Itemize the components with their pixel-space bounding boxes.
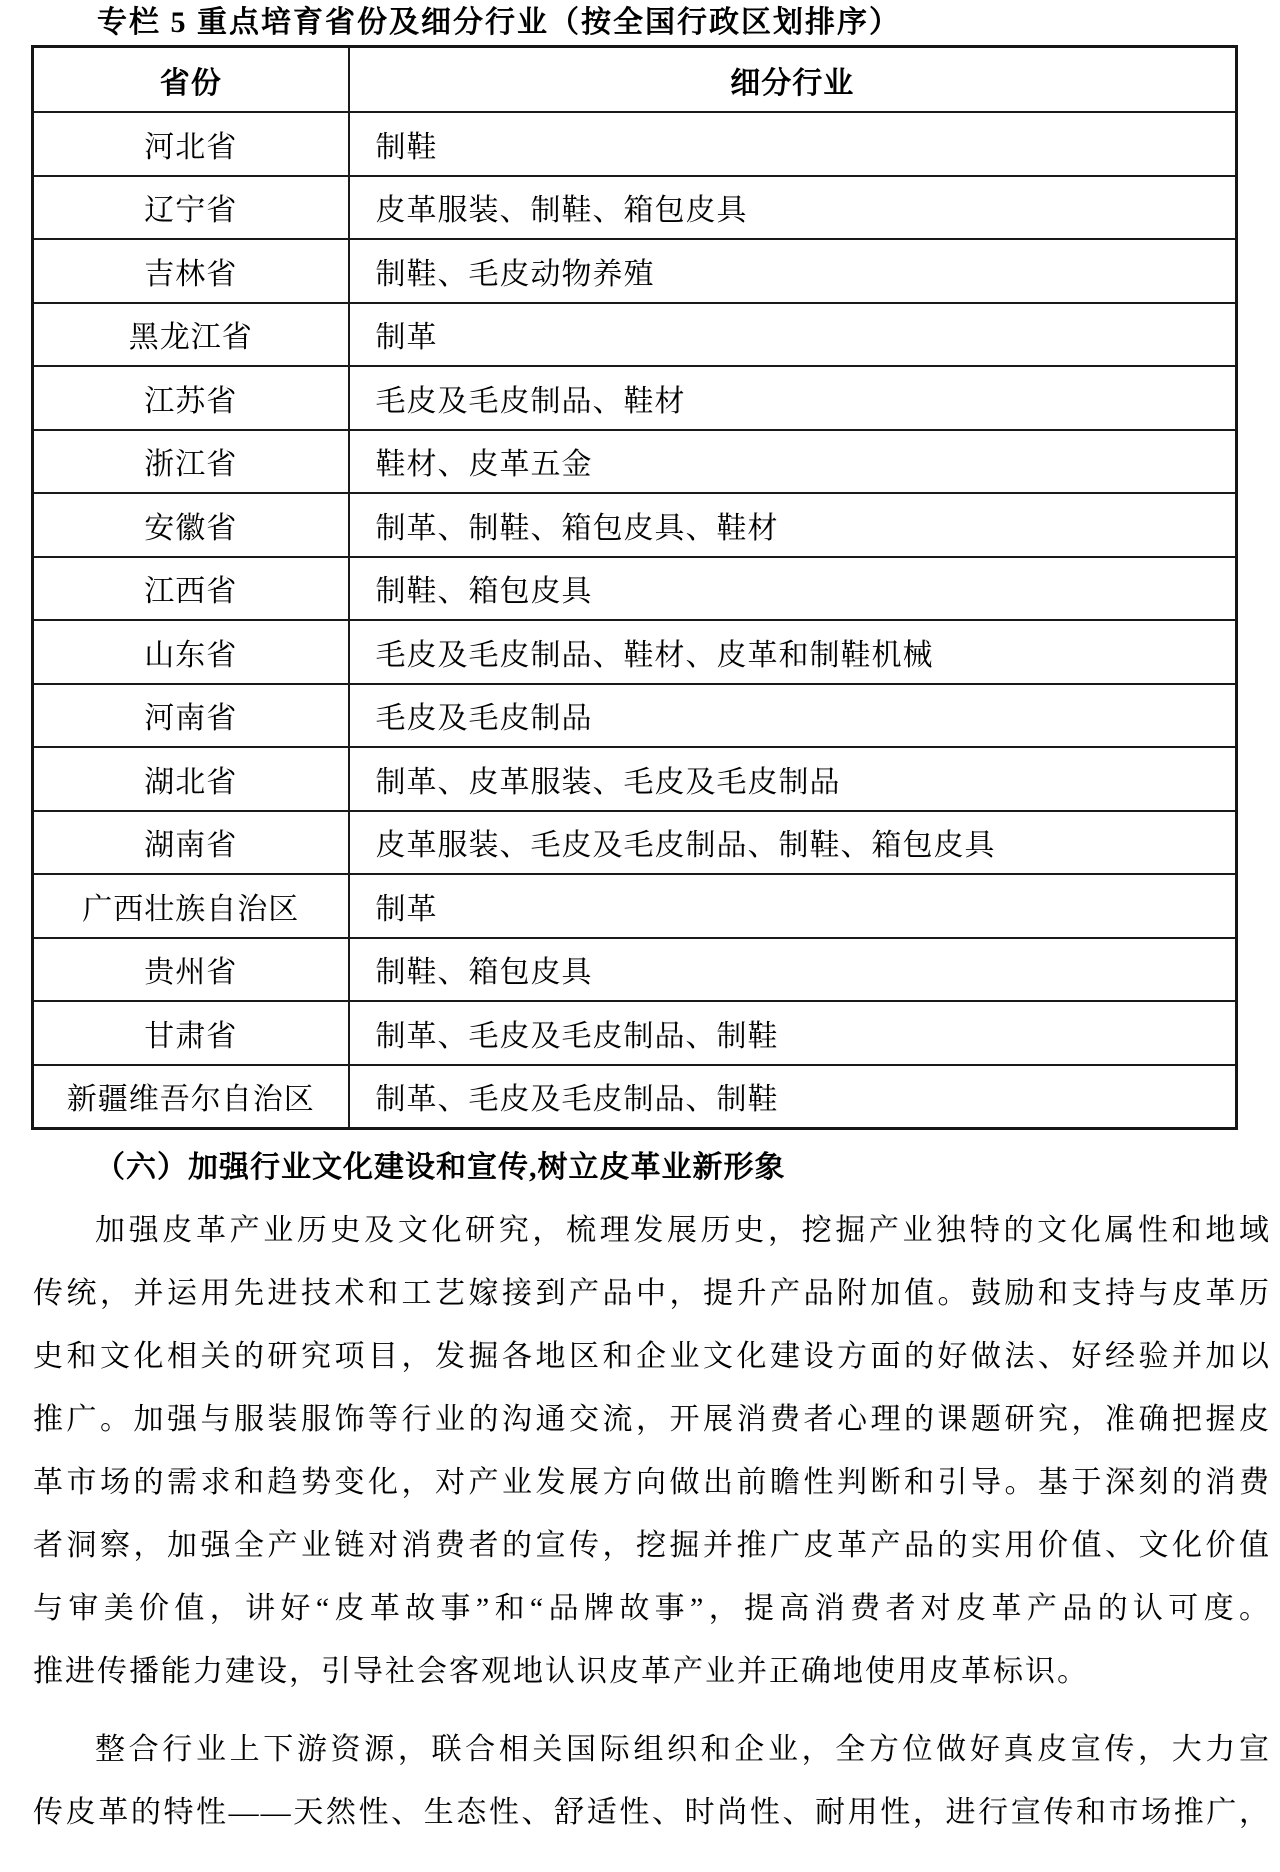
province-cell: 贵州省 — [33, 938, 349, 1002]
industries-cell: 毛皮及毛皮制品、鞋材 — [349, 366, 1237, 430]
industries-cell: 制革、制鞋、箱包皮具、鞋材 — [349, 493, 1237, 557]
industries-cell: 制革、皮革服装、毛皮及毛皮制品 — [349, 747, 1237, 811]
text-line: 与审美价值，讲好“皮革故事”和“品牌故事”，提高消费者对皮革产品的认可度。 — [33, 1577, 1271, 1640]
table-row: 新疆维吾尔自治区制革、毛皮及毛皮制品、制鞋 — [33, 1065, 1237, 1129]
industries-cell: 皮革服装、制鞋、箱包皮具 — [349, 176, 1237, 240]
table-row: 甘肃省制革、毛皮及毛皮制品、制鞋 — [33, 1001, 1237, 1065]
table-row: 吉林省制鞋、毛皮动物养殖 — [33, 239, 1237, 303]
province-cell: 安徽省 — [33, 493, 349, 557]
text-line: 推进传播能力建设，引导社会客观地认识皮革产业并正确地使用皮革标识。 — [33, 1640, 1271, 1703]
province-cell: 山东省 — [33, 620, 349, 684]
industries-cell: 制革、毛皮及毛皮制品、制鞋 — [349, 1065, 1237, 1129]
province-cell: 甘肃省 — [33, 1001, 349, 1065]
table-row: 湖北省制革、皮革服装、毛皮及毛皮制品 — [33, 747, 1237, 811]
industries-cell: 毛皮及毛皮制品、鞋材、皮革和制鞋机械 — [349, 620, 1237, 684]
province-cell: 江苏省 — [33, 366, 349, 430]
table-row: 河南省毛皮及毛皮制品 — [33, 684, 1237, 748]
table-row: 浙江省鞋材、皮革五金 — [33, 430, 1237, 494]
table-row: 江苏省毛皮及毛皮制品、鞋材 — [33, 366, 1237, 430]
province-cell: 广西壮族自治区 — [33, 874, 349, 938]
text-line: 传皮革的特性——天然性、生态性、舒适性、时尚性、耐用性，进行宣传和市场推广， — [33, 1781, 1271, 1844]
table-header-row: 省份 细分行业 — [33, 47, 1237, 113]
industries-cell: 鞋材、皮革五金 — [349, 430, 1237, 494]
industries-cell: 制革、毛皮及毛皮制品、制鞋 — [349, 1001, 1237, 1065]
box-title: 专栏 5 重点培育省份及细分行业（按全国行政区划排序） — [33, 2, 1238, 43]
table-row: 黑龙江省制革 — [33, 303, 1237, 367]
section-heading: （六）加强行业文化建设和宣传,树立皮革业新形象 — [33, 1136, 1271, 1199]
table-row: 安徽省制革、制鞋、箱包皮具、鞋材 — [33, 493, 1237, 557]
industries-cell: 制鞋、毛皮动物养殖 — [349, 239, 1237, 303]
text-line: 加强皮革产业历史及文化研究，梳理发展历史，挖掘产业独特的文化属性和地域 — [33, 1199, 1271, 1262]
text-line: 推广。加强与服装服饰等行业的沟通交流，开展消费者心理的课题研究，准确把握皮 — [33, 1388, 1271, 1451]
industries-cell: 毛皮及毛皮制品 — [349, 684, 1237, 748]
text-line: 传统，并运用先进技术和工艺嫁接到产品中，提升产品附加值。鼓励和支持与皮革历 — [33, 1262, 1271, 1325]
table-row: 山东省毛皮及毛皮制品、鞋材、皮革和制鞋机械 — [33, 620, 1237, 684]
province-cell: 江西省 — [33, 557, 349, 621]
paragraph-2: 整合行业上下游资源，联合相关国际组织和企业，全方位做好真皮宣传，大力宣传皮革的特… — [33, 1718, 1271, 1844]
province-industry-table: 省份 细分行业 河北省制鞋辽宁省皮革服装、制鞋、箱包皮具吉林省制鞋、毛皮动物养殖… — [31, 45, 1238, 1130]
table-row: 江西省制鞋、箱包皮具 — [33, 557, 1237, 621]
table-row: 河北省制鞋 — [33, 112, 1237, 176]
industries-cell: 制革 — [349, 874, 1237, 938]
province-cell: 黑龙江省 — [33, 303, 349, 367]
text-line: 革市场的需求和趋势变化，对产业发展方向做出前瞻性判断和引导。基于深刻的消费 — [33, 1451, 1271, 1514]
text-line: 史和文化相关的研究项目，发掘各地区和企业文化建设方面的好做法、好经验并加以 — [33, 1325, 1271, 1388]
column-header-province: 省份 — [33, 47, 349, 113]
province-cell: 河南省 — [33, 684, 349, 748]
province-cell: 湖南省 — [33, 811, 349, 875]
table-row: 贵州省制鞋、箱包皮具 — [33, 938, 1237, 1002]
table-row: 湖南省皮革服装、毛皮及毛皮制品、制鞋、箱包皮具 — [33, 811, 1237, 875]
column-header-industries: 细分行业 — [349, 47, 1237, 113]
industries-cell: 制鞋、箱包皮具 — [349, 938, 1237, 1002]
industries-cell: 制鞋 — [349, 112, 1237, 176]
province-cell: 新疆维吾尔自治区 — [33, 1065, 349, 1129]
province-cell: 湖北省 — [33, 747, 349, 811]
text-line: 整合行业上下游资源，联合相关国际组织和企业，全方位做好真皮宣传，大力宣 — [33, 1718, 1271, 1781]
province-cell: 河北省 — [33, 112, 349, 176]
table-row: 辽宁省皮革服装、制鞋、箱包皮具 — [33, 176, 1237, 240]
industries-cell: 制革 — [349, 303, 1237, 367]
industries-cell: 皮革服装、毛皮及毛皮制品、制鞋、箱包皮具 — [349, 811, 1237, 875]
province-cell: 辽宁省 — [33, 176, 349, 240]
paragraph-1: 加强皮革产业历史及文化研究，梳理发展历史，挖掘产业独特的文化属性和地域传统，并运… — [33, 1199, 1271, 1703]
province-cell: 浙江省 — [33, 430, 349, 494]
province-cell: 吉林省 — [33, 239, 349, 303]
text-line: 者洞察，加强全产业链对消费者的宣传，挖掘并推广皮革产品的实用价值、文化价值 — [33, 1514, 1271, 1577]
industries-cell: 制鞋、箱包皮具 — [349, 557, 1237, 621]
table-row: 广西壮族自治区制革 — [33, 874, 1237, 938]
